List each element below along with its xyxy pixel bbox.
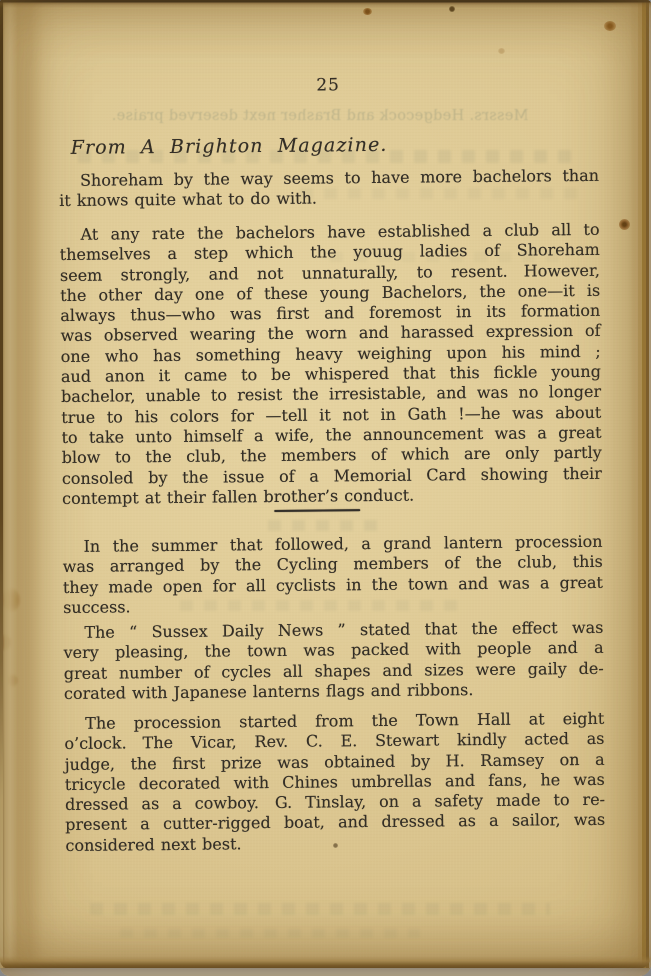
page-content: 25 From A Brighton Magazine. Shoreham by… <box>57 0 606 976</box>
stain-spot <box>604 21 616 31</box>
text-line: it knows quite what to do with. <box>59 186 599 211</box>
text-line: considered next best. <box>65 831 605 856</box>
scanner-background-strip <box>0 968 651 976</box>
page-number: 25 <box>58 73 598 98</box>
paragraph-3: In the summer that followed, a grand lan… <box>62 532 603 618</box>
paragraph-4: The “ Sussex Daily News ” stated that th… <box>63 618 604 704</box>
paragraph-1: Shoreham by the way seems to have more b… <box>59 166 599 212</box>
book-page: Messrs. Hedgecock and Brasher next deser… <box>0 0 651 976</box>
text-line: contempt at their fallen brother’s condu… <box>62 484 602 509</box>
section-heading: From A Brighton Magazine. <box>71 134 388 159</box>
text-line: corated with Japanese lanterns flags and… <box>64 679 604 704</box>
page-left-edge <box>0 0 58 976</box>
section-divider <box>274 509 360 512</box>
paragraph-5: The procession started from the Town Hal… <box>64 709 605 856</box>
page-right-edge <box>629 0 651 976</box>
paragraph-2: At any rate the bachelors have establish… <box>59 220 602 509</box>
page-top-edge <box>0 0 651 8</box>
page-left-edge-line <box>0 0 3 976</box>
